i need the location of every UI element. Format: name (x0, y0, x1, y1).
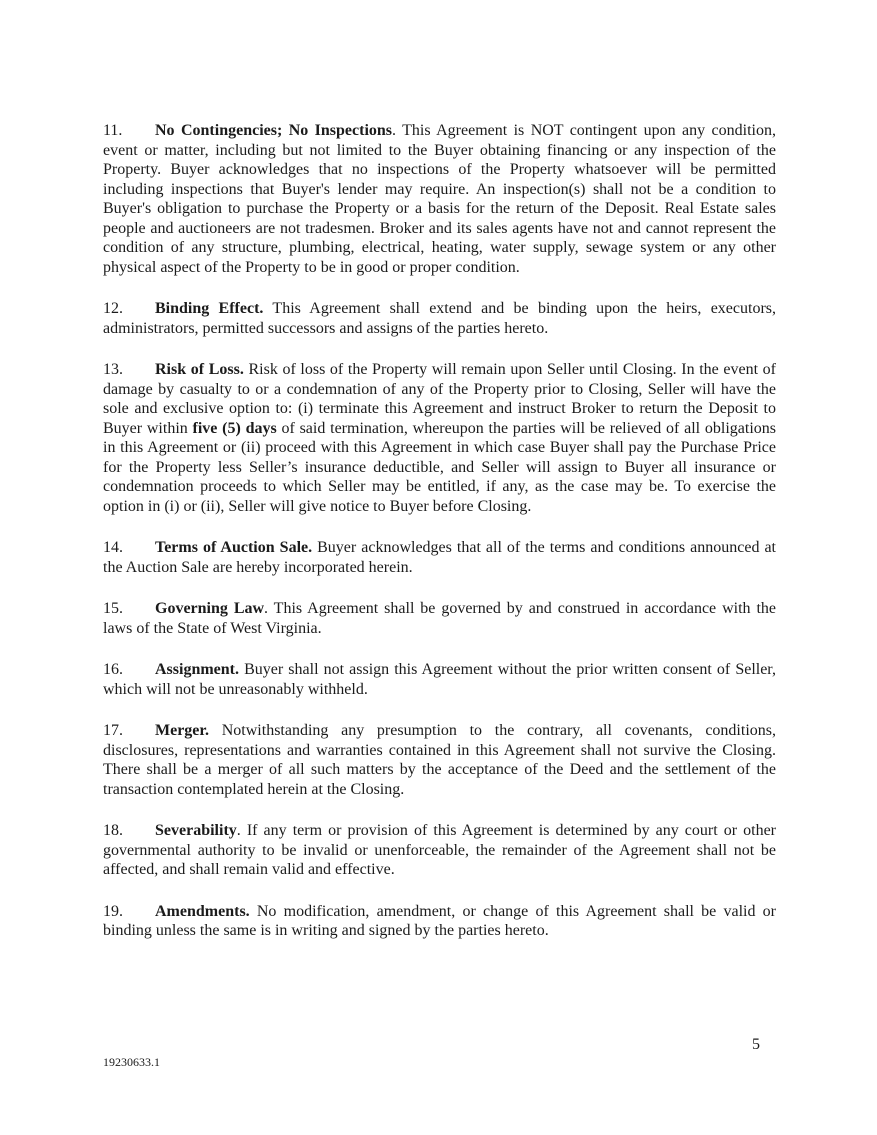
paragraph-13: 13.Risk of Loss. Risk of loss of the Pro… (103, 360, 776, 516)
paragraph-heading: Governing Law (155, 600, 264, 617)
paragraph-15: 15.Governing Law. This Agreement shall b… (103, 599, 776, 638)
paragraph-text: . This Agreement is NOT contingent upon … (103, 122, 776, 276)
paragraph-heading: Severability (155, 822, 237, 839)
paragraph-number: 18. (103, 821, 155, 841)
paragraph-14: 14.Terms of Auction Sale. Buyer acknowle… (103, 538, 776, 577)
paragraph-18: 18.Severability. If any term or provisio… (103, 821, 776, 880)
paragraph-heading: Amendments. (155, 903, 250, 920)
paragraph-12: 12.Binding Effect. This Agreement shall … (103, 299, 776, 338)
paragraph-number: 13. (103, 360, 155, 380)
page-number: 5 (752, 1035, 760, 1054)
paragraph-heading: Terms of Auction Sale. (155, 539, 312, 556)
paragraph-number: 12. (103, 299, 155, 319)
paragraph-number: 17. (103, 721, 155, 741)
paragraph-heading: No Contingencies; No Inspections (155, 122, 392, 139)
paragraph-number: 16. (103, 660, 155, 680)
paragraph-heading: Binding Effect. (155, 300, 263, 317)
paragraph-17: 17.Merger. Notwithstanding any presumpti… (103, 721, 776, 799)
paragraph-number: 14. (103, 538, 155, 558)
paragraph-number: 15. (103, 599, 155, 619)
paragraph-16: 16.Assignment. Buyer shall not assign th… (103, 660, 776, 699)
paragraph-heading: five (5) days (193, 420, 277, 437)
paragraph-heading: Assignment. (155, 661, 239, 678)
document-body: 11.No Contingencies; No Inspections. Thi… (103, 121, 776, 963)
document-page: 11.No Contingencies; No Inspections. Thi… (0, 0, 877, 1135)
document-id-footer: 19230633.1 (103, 1055, 160, 1069)
paragraph-19: 19.Amendments. No modification, amendmen… (103, 902, 776, 941)
paragraph-number: 11. (103, 121, 155, 141)
paragraph-11: 11.No Contingencies; No Inspections. Thi… (103, 121, 776, 277)
paragraph-heading: Merger. (155, 722, 209, 739)
paragraph-number: 19. (103, 902, 155, 922)
paragraph-heading: Risk of Loss. (155, 361, 244, 378)
